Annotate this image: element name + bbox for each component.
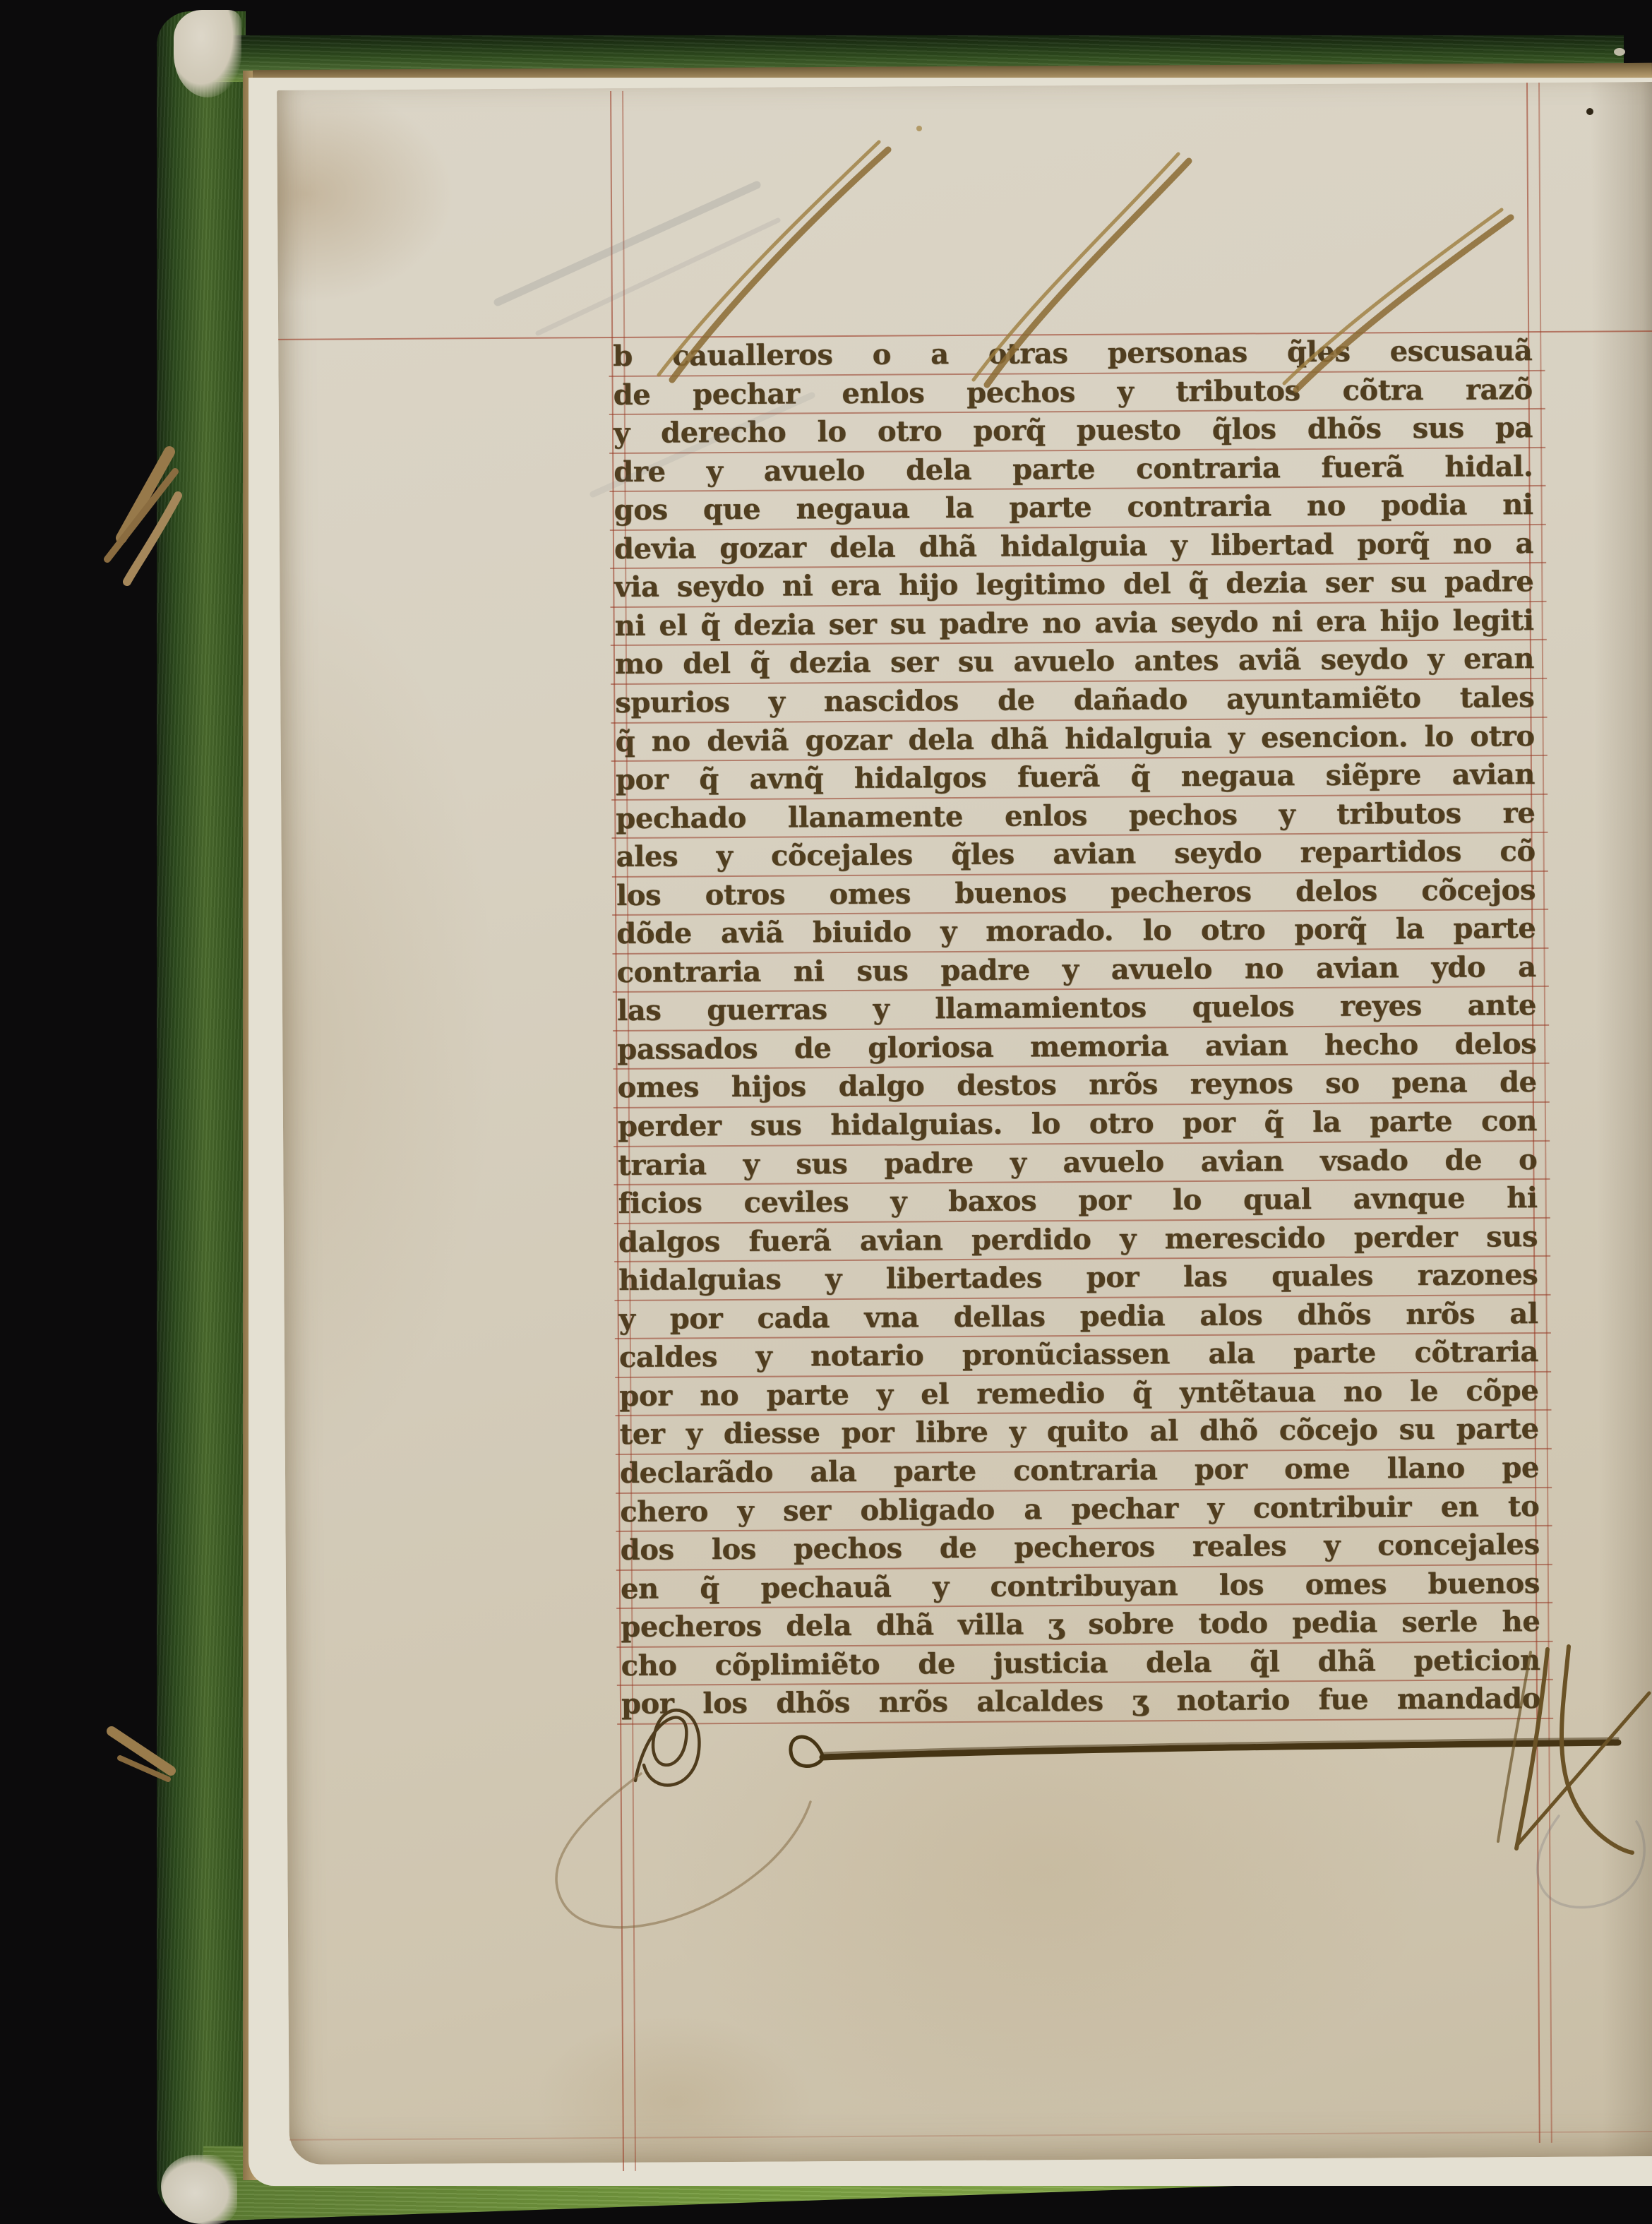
binding-tie-upper xyxy=(107,452,178,582)
photograph-background: b caualleros o a otras personas q̃les es… xyxy=(0,0,1652,2224)
stain-spot xyxy=(916,126,922,131)
graphite-loop-mark xyxy=(1538,1816,1645,1907)
graphite-smudge-marks xyxy=(498,185,812,494)
closing-rule-line xyxy=(791,1737,1618,1766)
ink-spot xyxy=(1586,108,1593,115)
right-margin-monogram-flourish xyxy=(1498,1646,1649,1853)
ink-flourishes-overlay xyxy=(0,0,1652,2224)
pen-stroke-flourish-3 xyxy=(1284,210,1511,390)
pen-stroke-flourish-2 xyxy=(974,154,1189,385)
scribal-knot-flourish xyxy=(556,1710,810,1927)
binding-tie-lower xyxy=(112,1731,171,1779)
